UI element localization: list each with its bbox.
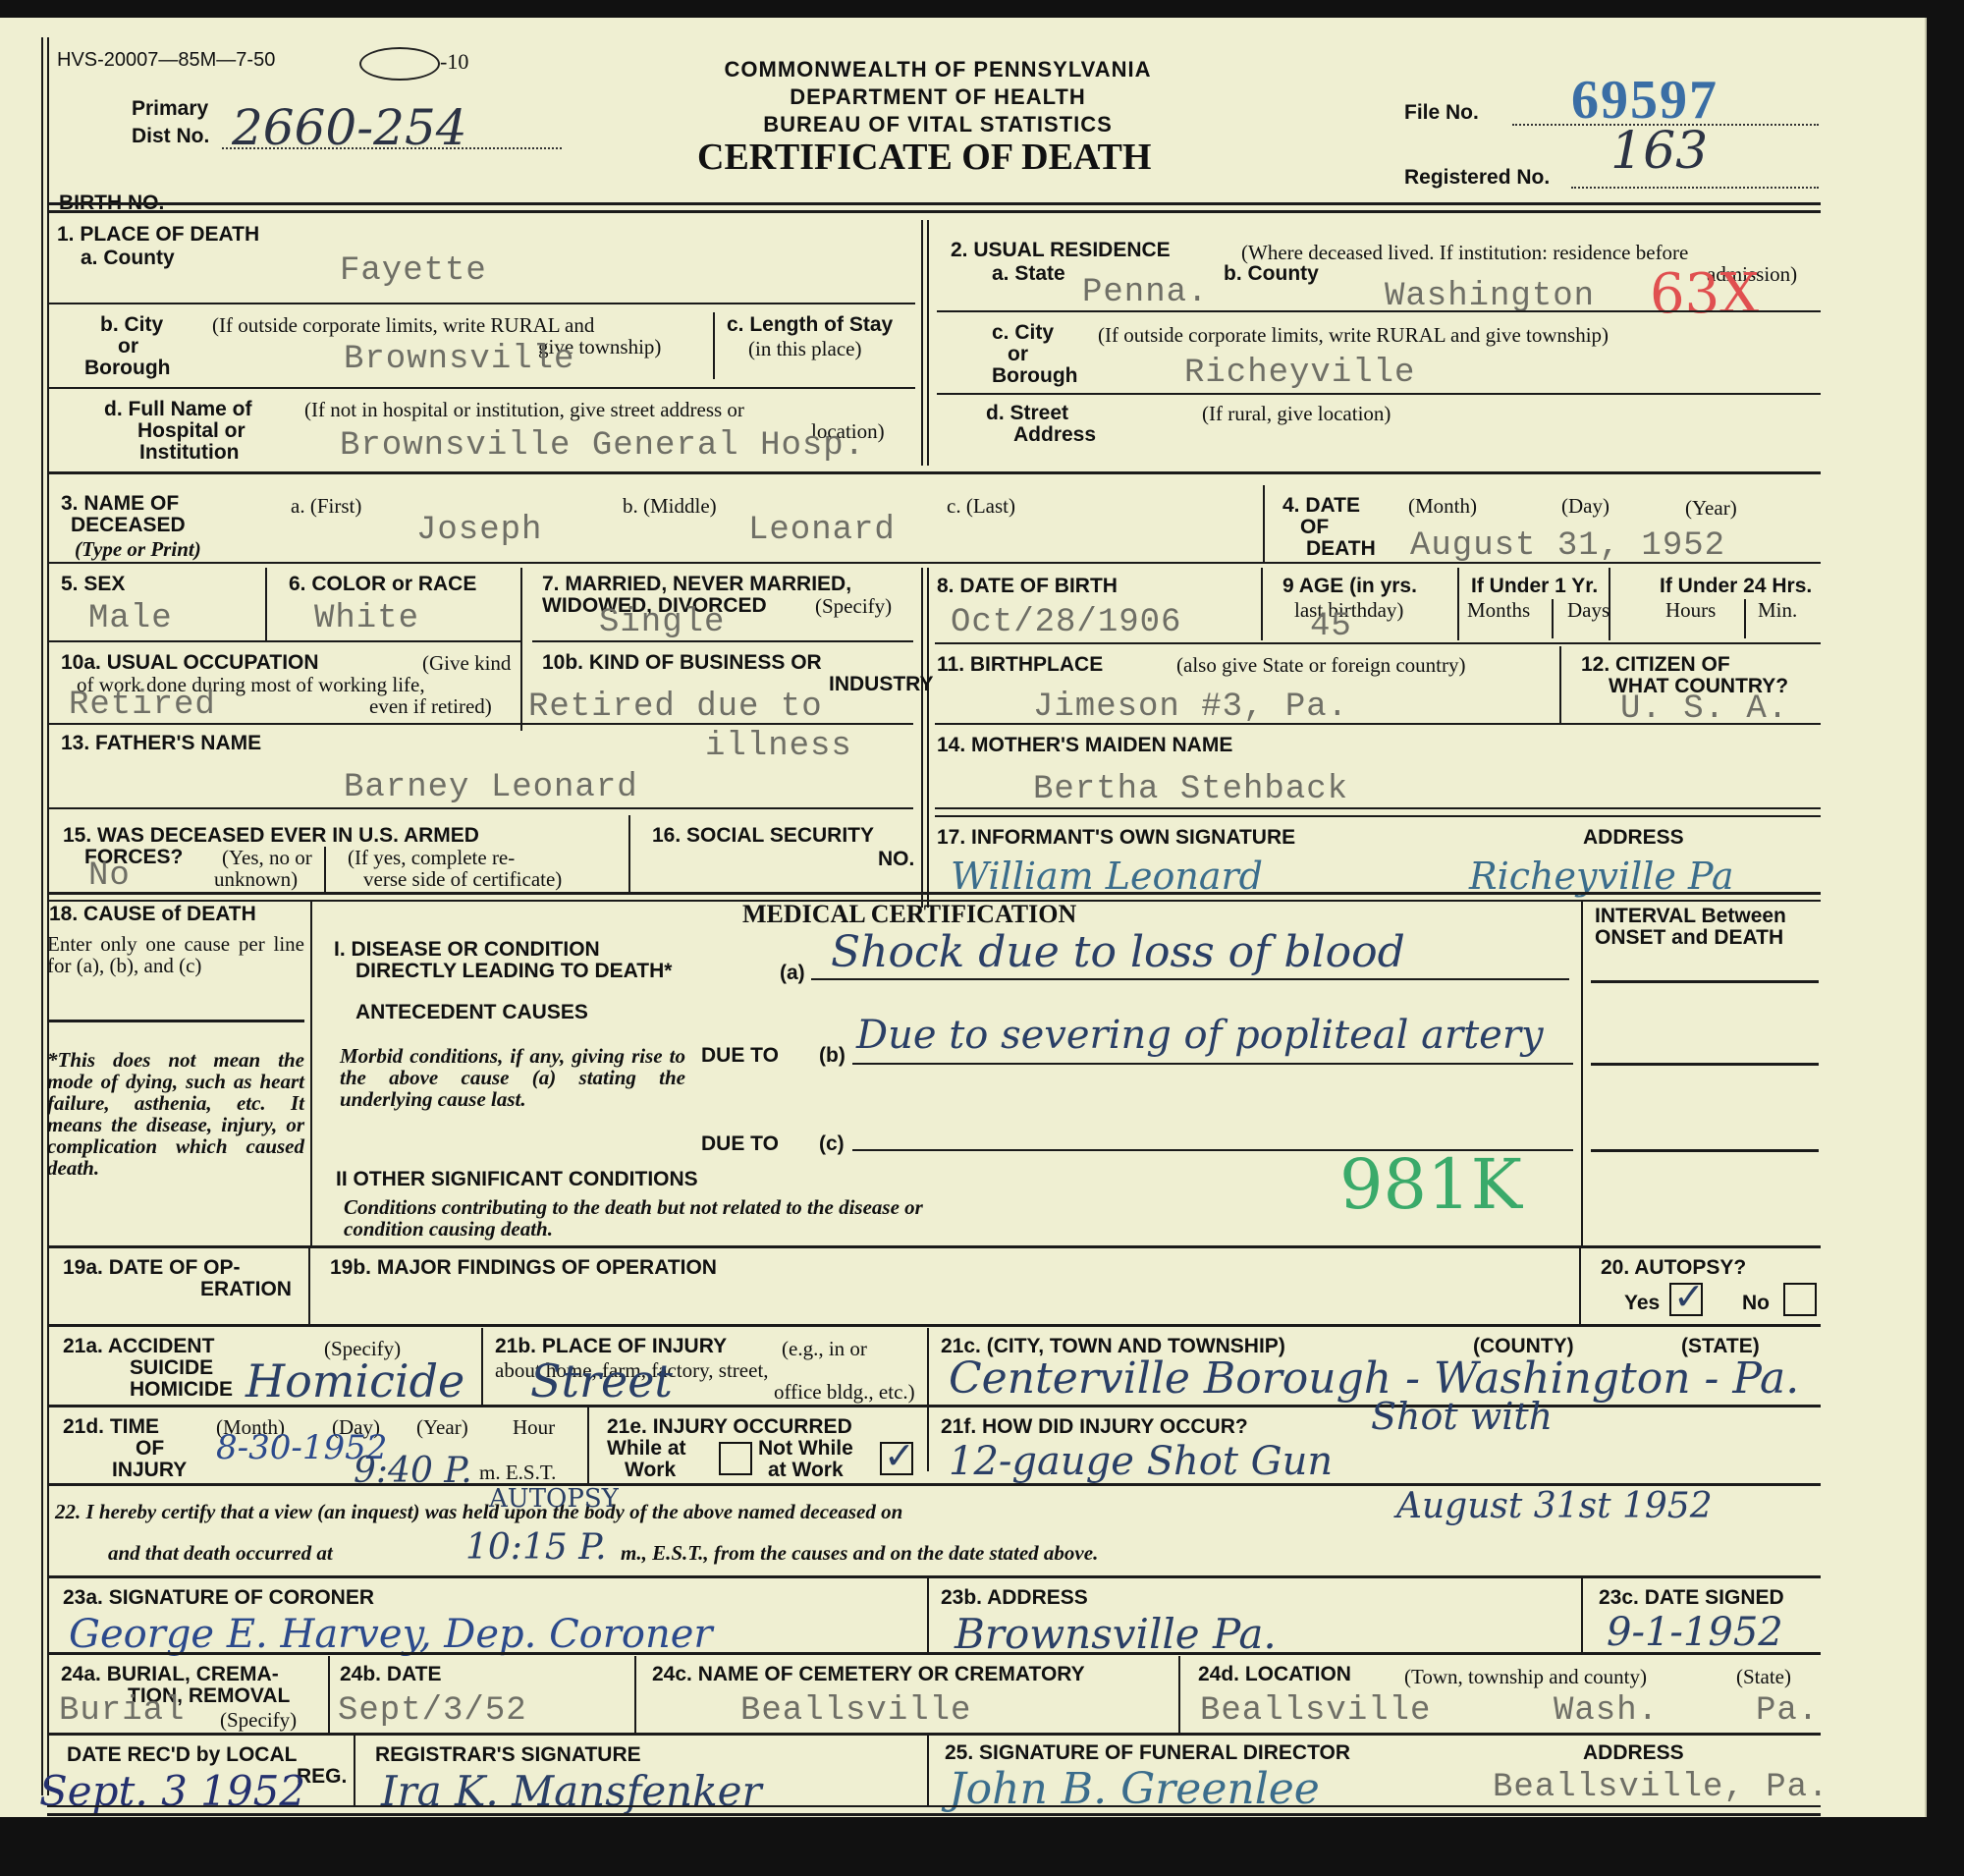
city-note: (If outside corporate limits, write RURA… <box>212 314 594 336</box>
burial-town-value: Beallsville <box>1200 1693 1431 1729</box>
residence-county-label: b. County <box>1224 263 1319 285</box>
business-value-2: illness <box>705 729 852 764</box>
residence-state-value: Penna. <box>1082 275 1208 310</box>
county-label: a. County <box>81 248 175 269</box>
rule <box>811 978 1569 980</box>
dob-value: Oct/28/1906 <box>951 605 1181 640</box>
residence-note: (Where deceased lived. If institution: r… <box>1241 242 1688 263</box>
marital-label-1: 7. MARRIED, NEVER MARRIED, <box>542 574 851 595</box>
cemetery-label: 24c. NAME OF CEMETERY OR CREMATORY <box>652 1664 1085 1685</box>
death-certificate: HVS-20007—85M—7-50 -10 Primary Dist No. … <box>0 18 1927 1817</box>
autopsy-insert: AUTOPSY <box>489 1479 619 1518</box>
form-code-suffix: -10 <box>440 51 468 73</box>
place-of-injury-value: Street <box>530 1361 673 1401</box>
race-value: White <box>314 601 419 636</box>
occupation-label: 10a. USUAL OCCUPATION <box>61 652 319 674</box>
informant-signature: William Leonard <box>951 856 1263 896</box>
occupation-note-1: (Give kind <box>422 652 511 674</box>
hospital-value: Brownsville General Hosp. <box>340 428 865 464</box>
funeral-director-label: 25. SIGNATURE OF FUNERAL DIRECTOR <box>945 1742 1350 1764</box>
cause-of-death-label: 18. CAUSE of DEATH <box>47 904 306 925</box>
funeral-director-signature: John B. Greenlee <box>949 1770 1320 1809</box>
rule <box>47 892 1821 895</box>
rule <box>532 640 913 642</box>
morbid-note: Morbid conditions, if any, giving rise t… <box>340 1045 685 1110</box>
days-label: Days <box>1567 599 1609 621</box>
street-label: d. Street <box>986 403 1068 424</box>
rule <box>47 807 913 809</box>
rule <box>935 723 1821 725</box>
occupation-value: Retired <box>69 688 216 723</box>
middle-name-value: Leonard <box>748 513 896 548</box>
residence-or-label: or <box>1008 344 1028 365</box>
informant-label: 17. INFORMANT'S OWN SIGNATURE <box>937 827 1295 849</box>
informant-address-label: ADDRESS <box>1583 827 1684 849</box>
injury-type-label-3: HOMICIDE <box>130 1379 233 1401</box>
death-county-value: Fayette <box>340 253 487 289</box>
first-name-value: Joseph <box>416 513 542 548</box>
divider <box>308 1247 310 1324</box>
burial-specify: (Specify) <box>220 1709 297 1731</box>
dist-no-value: 2660-254 <box>232 108 467 147</box>
other-conditions-label: II OTHER SIGNIFICANT CONDITIONS <box>336 1169 698 1190</box>
burial-label-1: 24a. BURIAL, CREMA- <box>61 1664 279 1685</box>
birthplace-value: Jimeson #3, Pa. <box>1033 690 1348 725</box>
death-city-value: Brownsville <box>344 342 574 377</box>
divider <box>1457 568 1459 640</box>
time-of-injury-label-1: 21d. TIME <box>63 1416 159 1438</box>
how-injury-value-2: 12-gauge Shot Gun <box>949 1442 1333 1481</box>
operation-date-label: 19a. DATE OF OP- <box>63 1257 240 1279</box>
marital-value: Single <box>599 605 725 640</box>
divider <box>1579 1247 1581 1324</box>
other-conditions-note: Conditions contributing to the death but… <box>344 1196 972 1240</box>
burial-county-value: Wash. <box>1554 1693 1659 1729</box>
hospital-label-2: Hospital or <box>137 420 245 442</box>
rule <box>47 1020 304 1022</box>
date-of-death-label-3: DEATH <box>1306 538 1376 560</box>
place-note-1: (e.g., in or <box>782 1338 867 1359</box>
year-label: (Year) <box>1685 497 1737 519</box>
divider <box>713 312 715 379</box>
rule <box>47 387 915 389</box>
last-name-label: c. (Last) <box>947 495 1015 517</box>
burial-method-value: Burial <box>59 1693 185 1729</box>
divider <box>310 900 312 1245</box>
rule <box>935 807 1821 809</box>
injury-type-label-1: 21a. ACCIDENT <box>63 1336 214 1357</box>
injury-hour-label: Hour <box>513 1416 555 1438</box>
rule <box>47 640 522 642</box>
burial-state-note: (State) <box>1736 1666 1791 1687</box>
street-note: (If rural, give location) <box>1202 403 1391 424</box>
date-of-death-label-2: OF <box>1300 517 1329 538</box>
burial-date-label: 24b. DATE <box>340 1664 441 1685</box>
occupation-note-3: even if retired) <box>369 695 492 717</box>
name-label-1: 3. NAME OF <box>61 493 179 515</box>
divider <box>1581 1575 1583 1652</box>
injury-location-value: Centerville Borough - Washington - Pa. <box>949 1359 1799 1399</box>
coroner-label: 23a. SIGNATURE OF CORONER <box>63 1587 374 1609</box>
view-held-date: August 31st 1952 <box>1396 1487 1713 1526</box>
under-1-yr-label: If Under 1 Yr. <box>1471 576 1598 597</box>
divider <box>927 1575 929 1652</box>
age-value: 45 <box>1310 609 1352 644</box>
divider <box>1263 485 1265 562</box>
city-label: b. City <box>100 314 163 336</box>
not-at-work-label-2: at Work <box>768 1460 844 1481</box>
rule <box>47 1652 1821 1655</box>
coroner-signature: George E. Harvey, Dep. Coroner <box>69 1615 713 1654</box>
left-border <box>41 37 43 1795</box>
certify-text-1: 22. I hereby certify that a view (an inq… <box>55 1501 902 1522</box>
rule <box>935 815 1821 817</box>
first-name-label: a. (First) <box>291 495 361 517</box>
injury-year-label: (Year) <box>416 1416 468 1438</box>
at-work-checkbox[interactable] <box>719 1442 752 1475</box>
how-injury-value-1: Shot with <box>1371 1397 1553 1436</box>
name-label-3: (Type or Print) <box>75 538 201 560</box>
borough-label: Borough <box>84 358 170 379</box>
not-at-work-label: Not While <box>758 1438 853 1460</box>
address-label: Address <box>1013 424 1096 446</box>
sex-label: 5. SEX <box>61 574 125 595</box>
rule <box>47 1805 1821 1807</box>
day-label: (Day) <box>1561 495 1609 517</box>
funeral-address-label: ADDRESS <box>1583 1742 1684 1764</box>
business-value-1: Retired due to <box>528 690 823 725</box>
place-of-death-label: 1. PLACE OF DEATH <box>57 224 259 246</box>
autopsy-no-checkbox[interactable] <box>1783 1283 1817 1316</box>
union-label-icon <box>359 47 440 81</box>
hospital-label-1: d. Full Name of <box>104 399 252 420</box>
armed-note-1: (Yes, no or <box>222 847 312 868</box>
registered-no-label: Registered No. <box>1404 167 1550 189</box>
rule <box>47 1575 1821 1578</box>
hours-label: Hours <box>1665 599 1716 621</box>
date-signed-label: 23c. DATE SIGNED <box>1599 1587 1784 1609</box>
certify-text-2b: m., E.S.T., from the causes and on the d… <box>621 1542 1098 1564</box>
burial-date-value: Sept/3/52 <box>338 1693 527 1729</box>
rule <box>852 1063 1573 1065</box>
header-rule-2 <box>47 210 1821 213</box>
divider <box>1609 568 1610 640</box>
registrar-label: REGISTRAR'S SIGNATURE <box>375 1744 641 1766</box>
date-received-label: DATE REC'D by LOCAL <box>67 1744 297 1766</box>
month-label: (Month) <box>1408 495 1477 517</box>
residence-borough-label: Borough <box>992 365 1077 387</box>
length-of-stay-label: c. Length of Stay <box>727 314 893 336</box>
cemetery-value: Beallsville <box>740 1693 971 1729</box>
divider <box>587 1407 589 1483</box>
autopsy-yes-label: Yes <box>1624 1293 1660 1314</box>
mother-label: 14. MOTHER'S MAIDEN NAME <box>937 735 1232 756</box>
divider <box>520 568 522 731</box>
rule <box>47 1733 1821 1736</box>
ssn-label-2: NO. <box>878 849 914 870</box>
divider <box>634 1656 636 1733</box>
divider <box>481 1328 483 1405</box>
green-pencil-mark: 981K <box>1339 1165 1522 1204</box>
residence-state-label: a. State <box>992 263 1065 285</box>
cause-b-value: Due to severing of popliteal artery <box>856 1016 1544 1055</box>
armed-note-3: (If yes, complete re- <box>348 847 515 868</box>
cause-a-value: Shock due to loss of blood <box>831 933 1405 972</box>
agency-line-3: BUREAU OF VITAL STATISTICS <box>668 112 1208 138</box>
birthplace-label: 11. BIRTHPLACE <box>937 654 1103 676</box>
rule <box>47 303 915 304</box>
divider <box>354 1735 355 1805</box>
line-b-label: (b) <box>819 1045 846 1067</box>
date-signed-value: 9-1-1952 <box>1607 1613 1783 1652</box>
divider <box>927 1328 929 1471</box>
not-at-work-checkbox[interactable]: ✓ <box>880 1442 913 1475</box>
armed-note-2: unknown) <box>214 868 298 890</box>
certificate-title: CERTIFICATE OF DEATH <box>697 136 1151 179</box>
autopsy-yes-checkbox[interactable]: ✓ <box>1669 1283 1703 1316</box>
due-to-b-label: DUE TO <box>701 1045 779 1067</box>
hospital-label-3: Institution <box>139 442 239 464</box>
interval-label-1: INTERVAL Between <box>1595 906 1786 927</box>
line-a-label: (a) <box>780 963 805 984</box>
divider <box>265 568 267 640</box>
col-divider <box>921 220 923 466</box>
divider <box>1178 1656 1180 1733</box>
rule <box>47 1405 1821 1407</box>
line-c-label: (c) <box>819 1133 845 1155</box>
name-label-2: DECEASED <box>71 515 186 536</box>
divider <box>328 1656 330 1733</box>
divider <box>1559 646 1561 723</box>
place-note-3: office bldg., etc.) <box>774 1381 915 1403</box>
injury-occurred-label: 21e. INJURY OCCURRED <box>607 1416 852 1438</box>
antecedent-label: ANTECEDENT CAUSES <box>355 1002 588 1023</box>
rule <box>47 1813 1821 1816</box>
rule <box>47 1245 1821 1248</box>
coroner-address-label: 23b. ADDRESS <box>941 1587 1088 1609</box>
divider <box>324 847 326 892</box>
death-time-value: 10:15 P. <box>465 1528 607 1568</box>
form-code: HVS-20007—85M—7-50 <box>57 49 275 71</box>
funeral-address-value: Beallsville, Pa. <box>1493 1770 1828 1805</box>
sex-value: Male <box>88 601 173 636</box>
interval-label-2: ONSET and DEATH <box>1595 927 1783 949</box>
residence-city-label: c. City <box>992 322 1054 344</box>
divider <box>921 568 923 908</box>
divider <box>927 1735 929 1805</box>
agency-line-2: DEPARTMENT OF HEALTH <box>668 84 1208 110</box>
burial-location-note: (Town, township and county) <box>1404 1666 1647 1687</box>
usual-residence-label: 2. USUAL RESIDENCE <box>951 240 1171 261</box>
armed-forces-value: No <box>88 858 131 894</box>
marital-specify: (Specify) <box>815 595 892 617</box>
business-label-2: INDUSTRY <box>829 674 934 695</box>
divider <box>1581 900 1583 1245</box>
divider <box>927 568 929 908</box>
medical-certification-title: MEDICAL CERTIFICATION <box>742 900 1076 929</box>
mother-value: Bertha Stehback <box>1033 772 1348 807</box>
file-no-label: File No. <box>1404 102 1479 124</box>
rule <box>935 642 1821 644</box>
registered-no-value: 163 <box>1610 132 1708 171</box>
agency-line-1: COMMONWEALTH OF PENNSYLVANIA <box>668 57 1208 83</box>
father-label: 13. FATHER'S NAME <box>61 733 261 754</box>
rule <box>937 393 1821 395</box>
length-of-stay-note: (in this place) <box>748 338 861 359</box>
burial-state-value: Pa. <box>1756 1693 1819 1729</box>
disease-label-2: DIRECTLY LEADING TO DEATH* <box>355 961 672 982</box>
rule <box>937 310 1821 312</box>
divider <box>1552 599 1554 638</box>
at-work-label: While at <box>607 1438 686 1460</box>
armed-note-4: verse side of certificate) <box>363 868 562 890</box>
residence-county-value: Washington <box>1385 279 1595 314</box>
checkmark-icon: ✓ <box>884 1434 915 1478</box>
age-label: 9 AGE (in yrs. <box>1282 576 1417 597</box>
informant-address: Richeyville Pa <box>1469 856 1734 896</box>
at-work-label-2: Work <box>625 1460 676 1481</box>
rule <box>1591 980 1819 983</box>
col-divider-2 <box>927 220 929 466</box>
business-label-1: 10b. KIND OF BUSINESS OR <box>542 652 822 674</box>
under-24-hrs-label: If Under 24 Hrs. <box>1660 576 1812 597</box>
date-of-death-label-1: 4. DATE <box>1282 495 1360 517</box>
ssn-label: 16. SOCIAL SECURITY <box>652 825 874 847</box>
rule <box>47 562 1821 564</box>
operation-date-label-2: ERATION <box>200 1279 292 1300</box>
primary-label: Primary <box>132 98 208 120</box>
header-rule-1 <box>47 202 1821 205</box>
operation-findings-label: 19b. MAJOR FINDINGS OF OPERATION <box>330 1257 717 1279</box>
divider <box>628 815 630 894</box>
how-injury-label: 21f. HOW DID INJURY OCCUR? <box>941 1416 1248 1438</box>
injury-type-value: Homicide <box>245 1361 464 1401</box>
rule <box>1591 1063 1819 1066</box>
rule <box>47 471 1821 474</box>
checkmark-icon: ✓ <box>1673 1275 1705 1319</box>
divider <box>1261 568 1263 640</box>
armed-forces-label: 15. WAS DECEASED EVER IN U.S. ARMED <box>63 825 479 847</box>
time-of-injury-label-2: OF <box>136 1438 164 1460</box>
rule <box>1591 1149 1819 1152</box>
residence-city-value: Richeyville <box>1184 356 1415 391</box>
min-label: Min. <box>1758 599 1797 621</box>
father-value: Barney Leonard <box>344 770 638 805</box>
citizen-value: U. S. A. <box>1620 691 1788 727</box>
hospital-note: (If not in hospital or institution, give… <box>304 399 744 420</box>
cause-footnote: *This does not mean the mode of dying, s… <box>47 1049 304 1179</box>
months-label: Months <box>1467 599 1530 621</box>
time-of-injury-label-3: INJURY <box>112 1460 187 1481</box>
registered-no-line <box>1571 187 1819 189</box>
disease-label-1: I. DISEASE OR CONDITION <box>334 939 600 961</box>
dob-label: 8. DATE OF BIRTH <box>937 576 1118 597</box>
race-label: 6. COLOR or RACE <box>289 574 476 595</box>
residence-city-note: (If outside corporate limits, write RURA… <box>1098 324 1609 346</box>
citizen-label-1: 12. CITIZEN OF <box>1581 654 1730 676</box>
city-or-label: or <box>118 336 138 358</box>
dist-no-label: Dist No. <box>132 126 209 147</box>
birthplace-note: (also give State or foreign country) <box>1176 654 1466 676</box>
burial-location-label: 24d. LOCATION <box>1198 1664 1351 1685</box>
certify-text-2a: and that death occurred at <box>108 1542 333 1564</box>
divider <box>1744 599 1746 638</box>
coroner-address-value: Brownsville Pa. <box>955 1615 1277 1654</box>
rule <box>47 1324 1821 1327</box>
cause-of-death-note: Enter only one cause per line for (a), (… <box>47 933 304 976</box>
due-to-c-label: DUE TO <box>701 1133 779 1155</box>
injury-type-label-2: SUICIDE <box>130 1357 213 1379</box>
red-pencil-mark: 63X <box>1650 275 1759 314</box>
middle-name-label: b. (Middle) <box>623 495 717 517</box>
date-of-death-value: August 31, 1952 <box>1410 528 1725 564</box>
autopsy-no-label: No <box>1742 1293 1770 1314</box>
rule <box>47 723 913 725</box>
